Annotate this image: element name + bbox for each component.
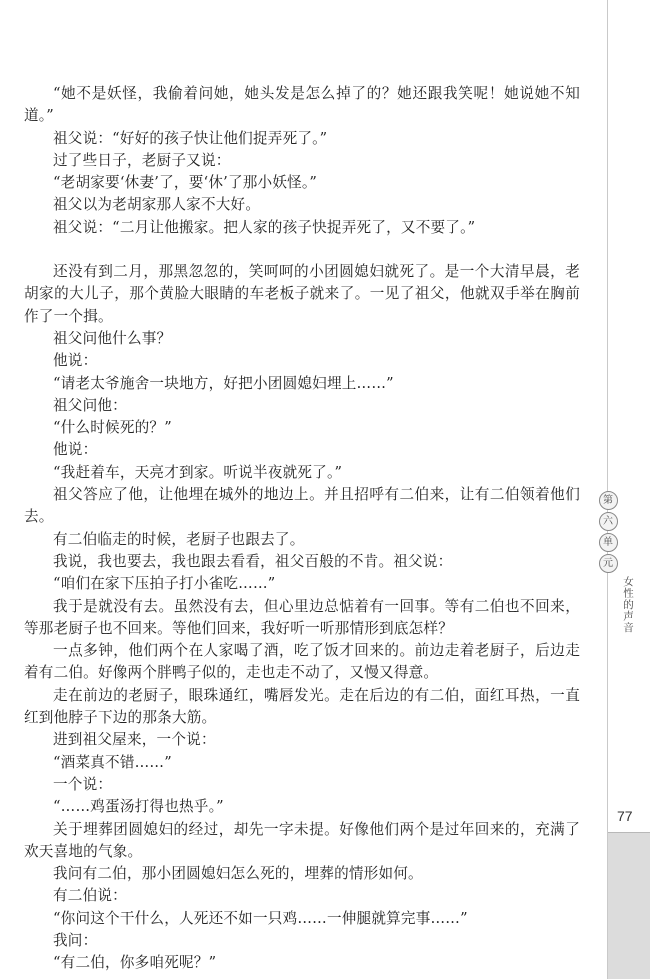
paragraph: 走在前边的老厨子，眼珠通红，嘴唇发光。走在后边的有二伯，面红耳热，一直红到他脖子… — [24, 685, 580, 730]
paragraph: 有二伯说： — [24, 885, 580, 907]
paragraph: 祖父答应了他，让他埋在城外的地边上。并且招呼有二伯来，让有二伯领着他们去。 — [24, 484, 580, 529]
paragraph: 祖父以为老胡家那人家不大好。 — [24, 194, 580, 216]
paragraph: 我问有二伯，那小团圆媳妇怎么死的，埋葬的情形如何。 — [24, 863, 580, 885]
unit-badge-3: 单 — [599, 533, 618, 552]
paragraph: “她不是妖怪，我偷着问她，她头发是怎么掉了的？她还跟我笑呢！她说她不知道。” — [24, 83, 580, 128]
unit-label: 第 六 单 元 — [598, 491, 618, 573]
paragraph: 还没有到二月，那黑忽忽的，笑呵呵的小团圆媳妇就死了。是一个大清早晨，老胡家的大儿… — [24, 261, 580, 328]
page-number: 77 — [617, 808, 633, 824]
paragraph: 他说： — [24, 350, 580, 372]
paragraph: 我于是就没有去。虽然没有去，但心里边总惦着有一回事。等有二伯也不回来，等那老厨子… — [24, 596, 580, 641]
paragraph: 关于埋葬团圆媳妇的经过，却先一字未提。好像他们两个是过年回来的，充满了欢天喜地的… — [24, 819, 580, 864]
paragraph: “……鸡蛋汤打得也热乎。” — [24, 796, 580, 818]
unit-badge-1: 第 — [599, 491, 618, 510]
unit-badge-2: 六 — [599, 512, 618, 531]
paragraph: 祖父说：“二月让他搬家。把人家的孩子快捉弄死了，又不要了。” — [24, 217, 580, 239]
paragraph: “咱们在家下压拍子打小雀吃……” — [24, 573, 580, 595]
paragraph: 进到祖父屋来，一个说： — [24, 729, 580, 751]
paragraph: “我赶着车，天亮才到家。听说半夜就死了。” — [24, 462, 580, 484]
paragraph: 我问： — [24, 930, 580, 952]
unit-title: 女性的声音 — [621, 576, 635, 634]
paragraph: 一个说： — [24, 774, 580, 796]
paragraph: “老胡家要‘休妻’了，要‘休’了那小妖怪。” — [24, 172, 580, 194]
paragraph: 一点多钟，他们两个在人家喝了酒，吃了饭才回来的。前边走着老厨子，后边走着有二伯。… — [24, 640, 580, 685]
page-body: “她不是妖怪，我偷着问她，她头发是怎么掉了的？她还跟我笑呢！她说她不知道。”祖父… — [24, 83, 580, 975]
paragraph: 他说： — [24, 439, 580, 461]
paragraph: “什么时候死的？” — [24, 417, 580, 439]
paragraph: 我说，我也要去，我也跟去看看，祖父百般的不肯。祖父说： — [24, 551, 580, 573]
paragraph: “你问这个干什么，人死还不如一只鸡……一伸腿就算完事……” — [24, 908, 580, 930]
paragraph: 过了些日子，老厨子又说： — [24, 150, 580, 172]
paragraph: 有二伯临走的时候，老厨子也跟去了。 — [24, 529, 580, 551]
page-edge-shade — [608, 832, 650, 979]
paragraph: “请老太爷施舍一块地方，好把小团圆媳妇埋上……” — [24, 373, 580, 395]
paragraph: 祖父说：“好好的孩子快让他们捉弄死了。” — [24, 128, 580, 150]
paragraph: 祖父问他什么事？ — [24, 328, 580, 350]
paragraph: “有二伯，你多咱死呢？” — [24, 952, 580, 974]
unit-badge-4: 元 — [599, 554, 618, 573]
paragraph: “酒菜真不错……” — [24, 752, 580, 774]
paragraph: 祖父问他： — [24, 395, 580, 417]
